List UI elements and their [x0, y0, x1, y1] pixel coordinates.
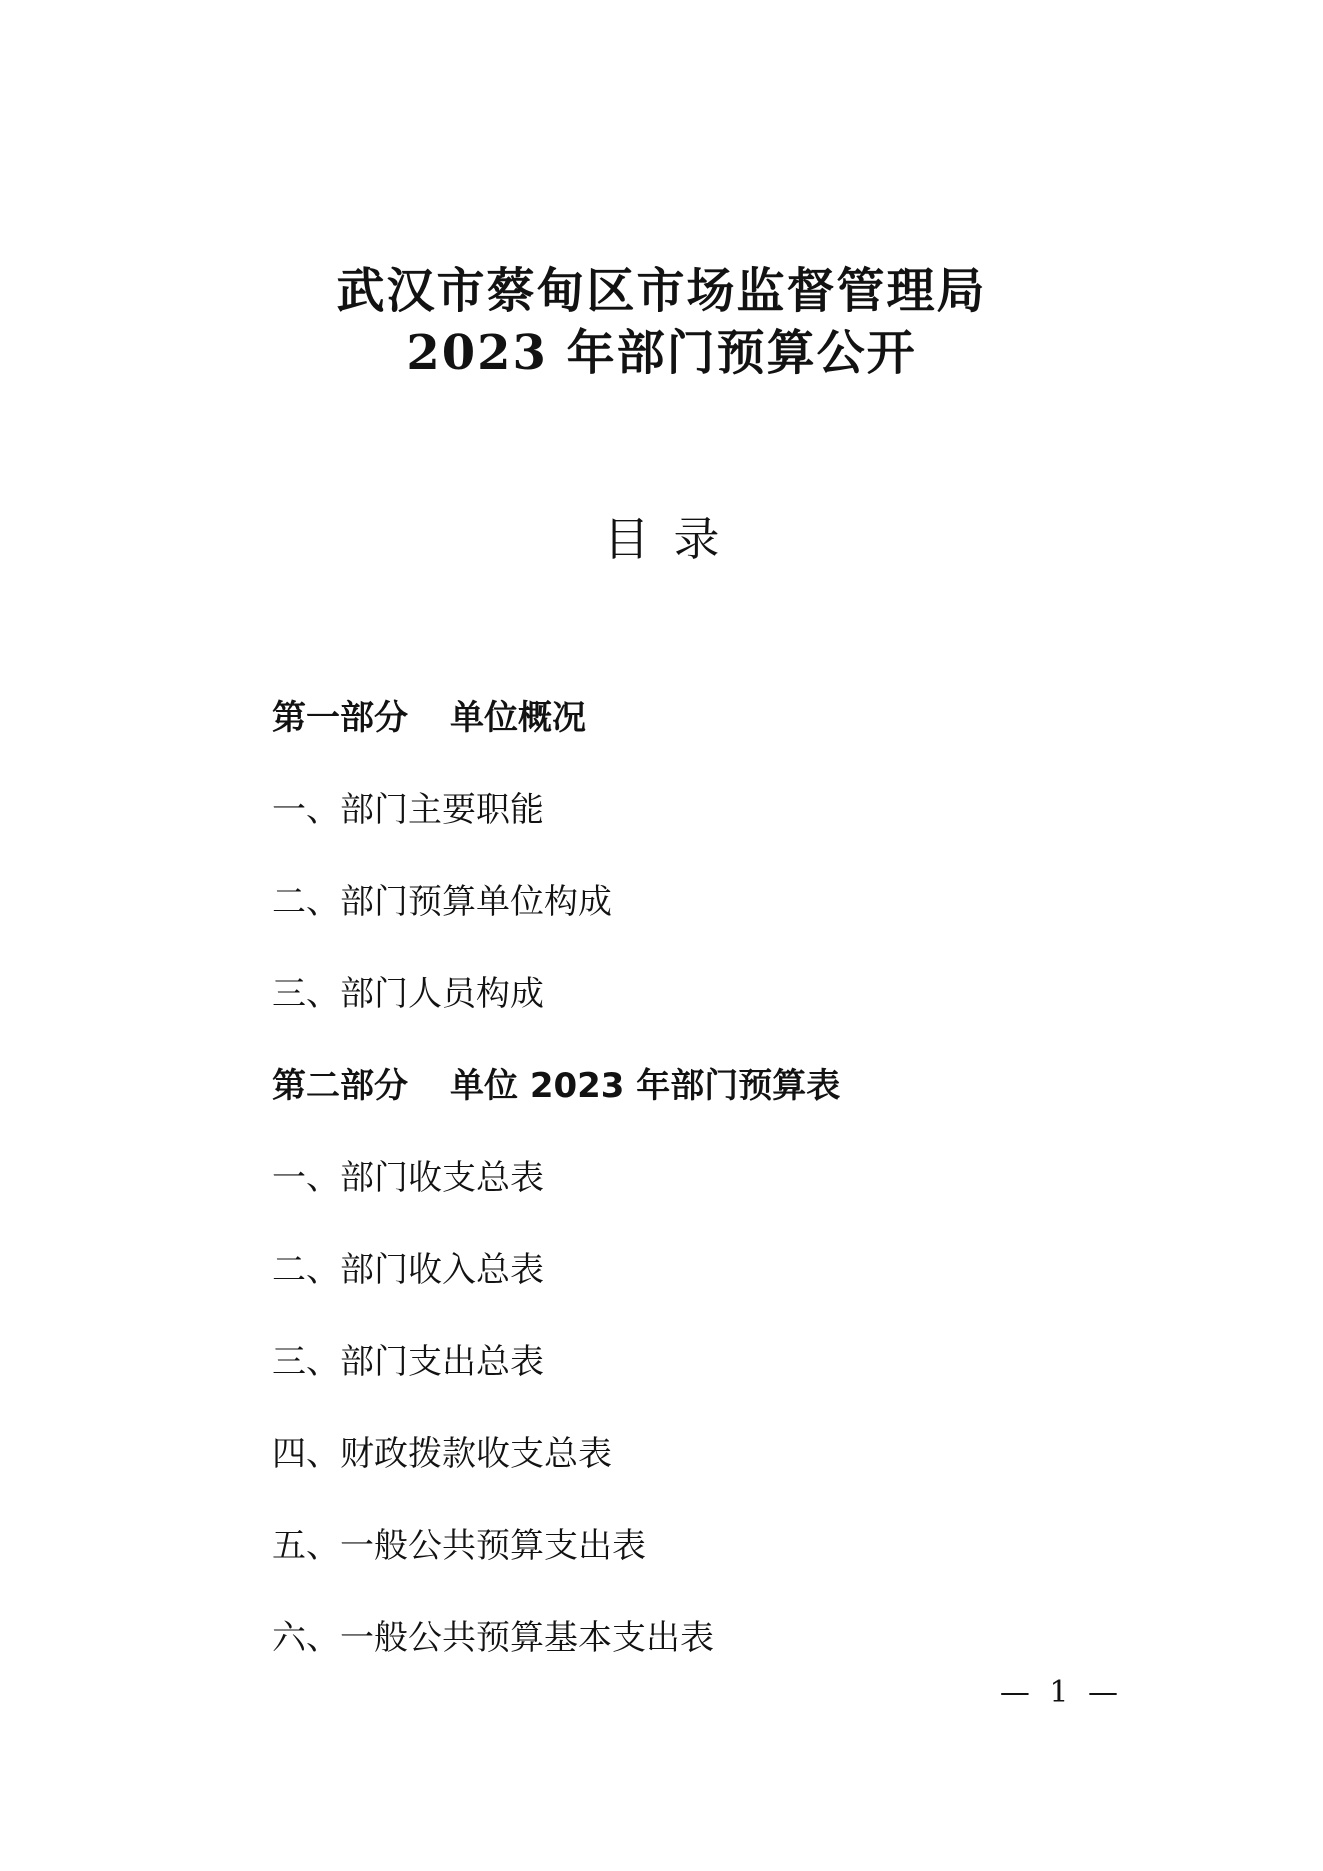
toc-item: 二、部门预算单位构成 — [272, 882, 1203, 922]
section-heading-1: 第一部分单位概况 — [272, 698, 1203, 738]
toc-item: 六、一般公共预算基本支出表 — [272, 1618, 1203, 1658]
toc-item: 四、财政拨款收支总表 — [272, 1434, 1203, 1474]
page-number: — 1 — — [1000, 1676, 1118, 1710]
section-title: 单位概况 — [450, 698, 586, 738]
document-title: 武汉市蔡甸区市场监督管理局 2023 年部门预算公开 — [0, 260, 1323, 384]
document-page: 武汉市蔡甸区市场监督管理局 2023 年部门预算公开 目录 第一部分单位概况 一… — [0, 0, 1323, 1871]
section-heading-2: 第二部分单位 2023 年部门预算表 — [272, 1066, 1203, 1106]
toc-item: 五、一般公共预算支出表 — [272, 1526, 1203, 1566]
title-line-1: 武汉市蔡甸区市场监督管理局 — [0, 260, 1323, 322]
toc-item: 一、部门收支总表 — [272, 1158, 1203, 1198]
section-label: 第一部分 — [272, 698, 408, 738]
toc-item: 三、部门人员构成 — [272, 974, 1203, 1014]
table-of-contents: 第一部分单位概况 一、部门主要职能 二、部门预算单位构成 三、部门人员构成 第二… — [272, 698, 1203, 1710]
toc-item: 三、部门支出总表 — [272, 1342, 1203, 1382]
toc-item: 一、部门主要职能 — [272, 790, 1203, 830]
section-label: 第二部分 — [272, 1066, 408, 1106]
title-line-2: 2023 年部门预算公开 — [0, 322, 1323, 384]
toc-item: 二、部门收入总表 — [272, 1250, 1203, 1290]
section-title: 单位 2023 年部门预算表 — [450, 1066, 840, 1106]
toc-heading: 目录 — [0, 514, 1323, 564]
toc-heading-text: 目录 — [604, 512, 744, 566]
